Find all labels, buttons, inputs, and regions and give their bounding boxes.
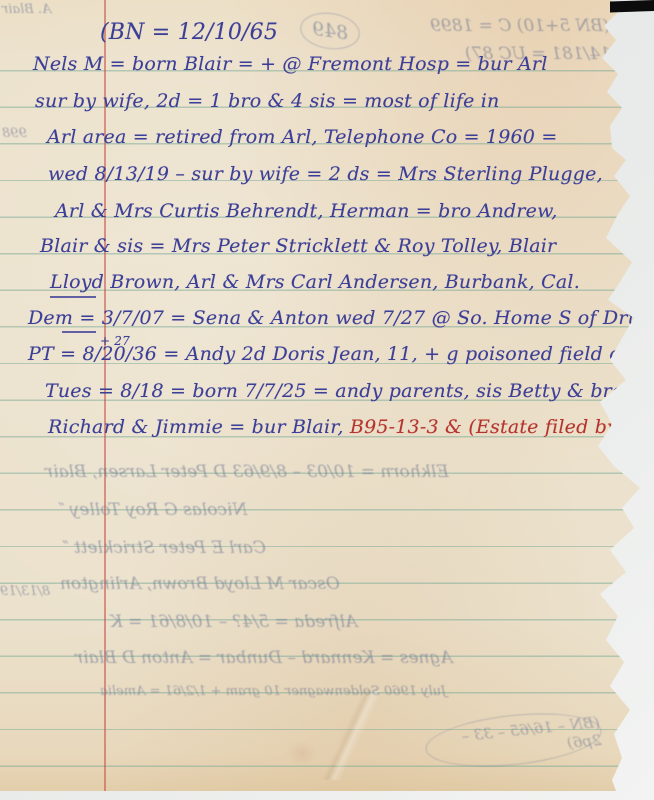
handwriting-line: Nels M = born Blair = + @ Fremont Hosp =…: [33, 53, 547, 75]
handwriting-line: Arl & Mrs Curtis Behrendt, Herman = bro …: [55, 200, 558, 222]
handwriting-line: Tues = 8/18 = born 7/7/25 = andy parents…: [45, 380, 634, 402]
handwriting-line: sur by wife, 2d = 1 bro & 4 sis = most o…: [35, 90, 499, 112]
notebook-paper: A. Blair (BN 5+10) C = 1899 (14/181 = UC…: [0, 0, 654, 793]
bleedthrough-line: Carl E Peter Stricklett ″: [62, 538, 266, 558]
handwriting-superscript: + 27: [100, 334, 130, 348]
handwriting-line: Arl area = retired from Arl, Telephone C…: [47, 126, 557, 148]
bleedthrough-line: Nicolas G Roy Tolley ″: [58, 500, 247, 520]
handwriting-line: Richard & Jimmie = bur Blair, B95-13-3 &…: [48, 416, 654, 438]
bleedthrough-line: Agnes = Kennard – Dunbar = Anton D Blair: [75, 648, 453, 668]
bleedthrough-fragment: A. Blair: [2, 2, 52, 17]
bleedthrough-fragment: 8/13/19: [0, 584, 50, 599]
scanner-corner-artifact: [610, 0, 654, 13]
stamp-number: 849: [311, 18, 350, 45]
bleedthrough-fragment: 998: [2, 126, 27, 141]
ink-underline: [62, 331, 96, 333]
bleedthrough-line: (BN 5+10) C = 1899: [430, 16, 609, 36]
circled-stamp: 849: [298, 9, 362, 53]
bleedthrough-line: Oscar M Lloyd Brown, Arlington: [60, 574, 340, 594]
handwriting-line: Dem = 3/7/07 = Sena & Anton wed 7/27 @ S…: [28, 307, 654, 329]
handwriting-line: Lloyd Brown, Arl & Mrs Carl Andersen, Bu…: [50, 271, 580, 293]
bleedthrough-line: Elkhorn = 10/03 – 8/9/63 D Peter Larsen,…: [45, 462, 449, 482]
handwriting-line: wed 8/13/19 – sur by wife = 2 ds = Mrs S…: [48, 163, 603, 185]
scanned-page: A. Blair (BN 5+10) C = 1899 (14/181 = UC…: [0, 0, 654, 800]
bleedthrough-line: Alfreda = 5/4? – 10/8/61 = K: [110, 612, 357, 632]
bleedthrough-line: July 1960 Soldenwagner 10 gram + 1/2/61 …: [100, 684, 446, 699]
handwriting-red-segment: B95-13-3 & (Estate filed by Andy): [344, 416, 654, 438]
paper-stain: [285, 740, 319, 766]
handwriting-line: Blair & sis = Mrs Peter Stricklett & Roy…: [40, 235, 556, 257]
paper-crease: [270, 690, 430, 780]
handwriting-header-note: (BN = 12/10/65: [100, 20, 278, 45]
handwriting-blue-segment: Richard & Jimmie = bur Blair,: [48, 416, 344, 438]
ink-underline: [50, 296, 96, 298]
